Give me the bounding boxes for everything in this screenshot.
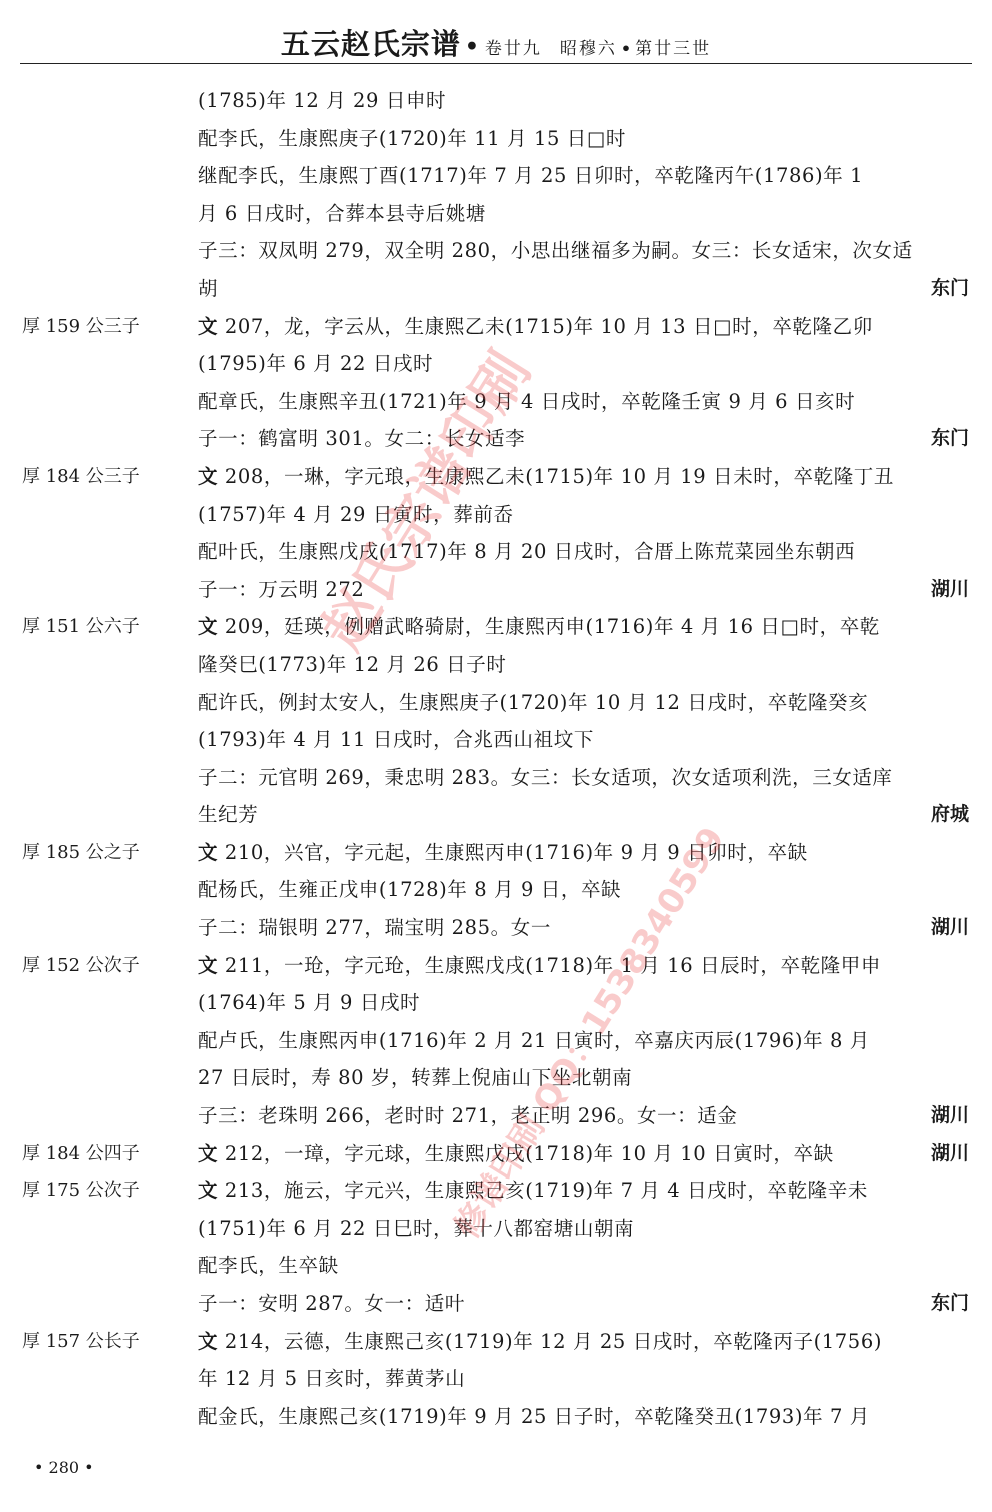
entry-body: 子二：元官明 269，秉忠明 283。女三：长女适项，次女适项利洗，三女适庠: [198, 766, 893, 789]
entry-line: 27 日辰时，寿 80 岁，转葬上倪庙山下坐北朝南: [0, 1059, 992, 1097]
header-separator-2: •: [621, 39, 631, 58]
genealogy-entries: (1785)年 12 月 29 日申时配李氏，生康熙庚子(1720)年 11 月…: [0, 82, 992, 1435]
entry-text: (1751)年 6 月 22 日巳时，葬十八都窑塘山朝南: [198, 1210, 634, 1248]
entry-text: 27 日辰时，寿 80 岁，转葬上倪庙山下坐北朝南: [198, 1059, 632, 1097]
entry-body: 配卢氏，生康熙丙申(1716)年 2 月 21 日寅时，卒嘉庆丙辰(1796)年…: [198, 1029, 870, 1052]
father-reference: 厚 159 公三子: [22, 308, 140, 346]
entry-line: 配许氏，例封太安人，生康熙庚子(1720)年 10 月 12 日戌时，卒乾隆癸亥: [0, 684, 992, 722]
entry-body: (1795)年 6 月 22 日戌时: [198, 352, 433, 375]
entry-first-line: 厚 152 公次子文 211，一玱，字元玱，生康熙戊戌(1718)年 1 月 1…: [0, 947, 992, 985]
entry-body: 年 12 月 5 日亥时，葬黄茅山: [198, 1367, 465, 1390]
entry-line: 年 12 月 5 日亥时，葬黄茅山: [0, 1360, 992, 1398]
father-reference: 厚 152 公次子: [22, 947, 140, 985]
entry-text: 子一：安明 287。女一：适叶: [198, 1285, 465, 1323]
father-reference: 厚 175 公次子: [22, 1172, 140, 1210]
entry-text: (1785)年 12 月 29 日申时: [198, 82, 446, 120]
entry-text: 文 213，施云，字元兴，生康熙己亥(1719)年 7 月 4 日戌时，卒乾隆辛…: [198, 1172, 868, 1210]
entry-first-line: 厚 157 公长子文 214，云德，生康熙己亥(1719)年 12 月 25 日…: [0, 1323, 992, 1361]
entry-line: (1764)年 5 月 9 日戌时: [0, 984, 992, 1022]
residence-place: 湖川: [931, 1097, 969, 1135]
residence-place: 东门: [931, 270, 969, 308]
section-label: 昭穆六: [560, 39, 617, 59]
entry-text: 配金氏，生康熙己亥(1719)年 9 月 25 日子时，卒乾隆癸丑(1793)年…: [198, 1398, 870, 1436]
entry-text: (1764)年 5 月 9 日戌时: [198, 984, 420, 1022]
entry-body: 子三：老珠明 266，老时时 271，老正明 296。女一：适金: [198, 1104, 737, 1127]
entry-body: 27 日辰时，寿 80 岁，转葬上倪庙山下坐北朝南: [198, 1066, 632, 1089]
entry-body: (1793)年 4 月 11 日戌时，合兆西山祖坟下: [198, 728, 594, 751]
father-reference: 厚 185 公之子: [22, 834, 140, 872]
entry-line: 配李氏，生卒缺: [0, 1247, 992, 1285]
header-rule: [20, 63, 972, 64]
residence-place: 东门: [931, 1285, 969, 1323]
entry-text: (1793)年 4 月 11 日戌时，合兆西山祖坟下: [198, 721, 594, 759]
entry-text: (1795)年 6 月 22 日戌时: [198, 345, 433, 383]
entry-body: 子一：安明 287。女一：适叶: [198, 1292, 465, 1315]
generation-label: 第廿三世: [635, 39, 711, 59]
entry-body: 209，廷瑛，例赠武略骑尉，生康熙丙申(1716)年 4 月 16 日□时，卒乾: [218, 615, 880, 638]
entry-text: 配叶氏，生康熙戊戌(1717)年 8 月 20 日戌时，合厝上陈荒菜园坐东朝西: [198, 533, 855, 571]
entry-body: (1751)年 6 月 22 日巳时，葬十八都窑塘山朝南: [198, 1217, 634, 1240]
entry-text: 文 210，兴官，字元起，生康熙丙申(1716)年 9 月 9 日卯时，卒缺: [198, 834, 808, 872]
entry-body: 211，一玱，字元玱，生康熙戊戌(1718)年 1 月 16 日辰时，卒乾隆甲申: [218, 954, 881, 977]
entry-text: 胡: [198, 270, 218, 308]
father-reference: 厚 184 公三子: [22, 458, 140, 496]
generation-character: 文: [198, 315, 218, 338]
entry-body: 213，施云，字元兴，生康熙己亥(1719)年 7 月 4 日戌时，卒乾隆辛未: [218, 1179, 868, 1202]
generation-character: 文: [198, 841, 218, 864]
residence-place: 府城: [931, 796, 969, 834]
entry-text: 文 207，龙，字云从，生康熙乙未(1715)年 10 月 13 日□时，卒乾隆…: [198, 308, 873, 346]
entry-text: 文 209，廷瑛，例赠武略骑尉，生康熙丙申(1716)年 4 月 16 日□时，…: [198, 608, 880, 646]
entry-text: 子二：元官明 269，秉忠明 283。女三：长女适项，次女适项利洗，三女适庠: [198, 759, 893, 797]
entry-text: 配杨氏，生雍正戊申(1728)年 8 月 9 日，卒缺: [198, 871, 621, 909]
entry-text: 生纪芳: [198, 796, 258, 834]
entry-body: 207，龙，字云从，生康熙乙未(1715)年 10 月 13 日□时，卒乾隆乙卯: [218, 315, 873, 338]
residence-place: 湖川: [931, 571, 969, 609]
generation-character: 文: [198, 954, 218, 977]
father-reference: 厚 184 公四子: [22, 1135, 140, 1173]
entry-text: 配章氏，生康熙辛丑(1721)年 9 月 4 日戌时，卒乾隆壬寅 9 月 6 日…: [198, 383, 855, 421]
entry-line: 配卢氏，生康熙丙申(1716)年 2 月 21 日寅时，卒嘉庆丙辰(1796)年…: [0, 1022, 992, 1060]
entry-line: 子一：万云明 272湖川: [0, 571, 992, 609]
entry-line: 子二：元官明 269，秉忠明 283。女三：长女适项，次女适项利洗，三女适庠: [0, 759, 992, 797]
entry-body: 继配李氏，生康熙丁酉(1717)年 7 月 25 日卯时，卒乾隆丙午(1786)…: [198, 164, 863, 187]
entry-body: 月 6 日戌时，合葬本县寺后姚塘: [198, 202, 486, 225]
generation-character: 文: [198, 615, 218, 638]
entry-line: 配李氏，生康熙庚子(1720)年 11 月 15 日□时: [0, 120, 992, 158]
entry-text: 年 12 月 5 日亥时，葬黄茅山: [198, 1360, 465, 1398]
residence-place: 湖川: [931, 1135, 969, 1173]
father-reference: 厚 151 公六子: [22, 608, 140, 646]
entry-line: 配章氏，生康熙辛丑(1721)年 9 月 4 日戌时，卒乾隆壬寅 9 月 6 日…: [0, 383, 992, 421]
entry-text: (1757)年 4 月 29 日寅时，葬前岙: [198, 496, 514, 534]
entry-body: 子一：万云明 272: [198, 578, 364, 601]
volume-label: 卷廿九: [485, 39, 542, 59]
entry-body: 配杨氏，生雍正戊申(1728)年 8 月 9 日，卒缺: [198, 878, 621, 901]
entry-text: 子三：双凤明 279，双全明 280，小思出继福多为嗣。女三：长女适宋，次女适: [198, 232, 913, 270]
entry-first-line: 厚 185 公之子文 210，兴官，字元起，生康熙丙申(1716)年 9 月 9…: [0, 834, 992, 872]
entry-first-line: 厚 159 公三子文 207，龙，字云从，生康熙乙未(1715)年 10 月 1…: [0, 308, 992, 346]
page-header: 五云赵氏宗谱•卷廿九昭穆六•第廿三世: [0, 22, 992, 62]
entry-line: 子一：安明 287。女一：适叶东门: [0, 1285, 992, 1323]
entry-body: 配金氏，生康熙己亥(1719)年 9 月 25 日子时，卒乾隆癸丑(1793)年…: [198, 1405, 870, 1428]
residence-place: 湖川: [931, 909, 969, 947]
entry-body: 配章氏，生康熙辛丑(1721)年 9 月 4 日戌时，卒乾隆壬寅 9 月 6 日…: [198, 390, 855, 413]
entry-first-line: 厚 151 公六子文 209，廷瑛，例赠武略骑尉，生康熙丙申(1716)年 4 …: [0, 608, 992, 646]
entry-text: 配卢氏，生康熙丙申(1716)年 2 月 21 日寅时，卒嘉庆丙辰(1796)年…: [198, 1022, 870, 1060]
entry-line: 月 6 日戌时，合葬本县寺后姚塘: [0, 195, 992, 233]
entry-line: 生纪芳府城: [0, 796, 992, 834]
entry-line: (1793)年 4 月 11 日戌时，合兆西山祖坟下: [0, 721, 992, 759]
entry-text: 配李氏，生卒缺: [198, 1247, 339, 1285]
entry-line: 继配李氏，生康熙丁酉(1717)年 7 月 25 日卯时，卒乾隆丙午(1786)…: [0, 157, 992, 195]
generation-character: 文: [198, 465, 218, 488]
entry-body: 配李氏，生康熙庚子(1720)年 11 月 15 日□时: [198, 127, 626, 150]
entry-text: 子二：瑞银明 277，瑞宝明 285。女一: [198, 909, 551, 947]
entry-line: 子三：老珠明 266，老时时 271，老正明 296。女一：适金湖川: [0, 1097, 992, 1135]
entry-line: (1751)年 6 月 22 日巳时，葬十八都窑塘山朝南: [0, 1210, 992, 1248]
entry-line: 配杨氏，生雍正戊申(1728)年 8 月 9 日，卒缺: [0, 871, 992, 909]
entry-body: 208，一琳，字元琅，生康熙乙未(1715)年 10 月 19 日未时，卒乾隆丁…: [218, 465, 894, 488]
generation-character: 文: [198, 1142, 218, 1165]
entry-line: (1785)年 12 月 29 日申时: [0, 82, 992, 120]
father-reference: 厚 157 公长子: [22, 1323, 140, 1361]
generation-character: 文: [198, 1179, 218, 1202]
entry-body: 隆癸巳(1773)年 12 月 26 日子时: [198, 653, 506, 676]
entry-first-line: 厚 184 公三子文 208，一琳，字元琅，生康熙乙未(1715)年 10 月 …: [0, 458, 992, 496]
entry-line: 子一：鹤富明 301。女二：长女适李东门: [0, 420, 992, 458]
entry-text: 配李氏，生康熙庚子(1720)年 11 月 15 日□时: [198, 120, 626, 158]
entry-body: (1757)年 4 月 29 日寅时，葬前岙: [198, 503, 514, 526]
entry-body: (1785)年 12 月 29 日申时: [198, 89, 446, 112]
entry-body: 子二：瑞银明 277，瑞宝明 285。女一: [198, 916, 551, 939]
entry-body: 214，云德，生康熙己亥(1719)年 12 月 25 日戌时，卒乾隆丙子(17…: [218, 1330, 882, 1353]
entry-body: 配许氏，例封太安人，生康熙庚子(1720)年 10 月 12 日戌时，卒乾隆癸亥: [198, 691, 868, 714]
residence-place: 东门: [931, 420, 969, 458]
entry-body: 212，一璋，字元球，生康熙戊戌(1718)年 10 月 10 日寅时，卒缺: [218, 1142, 834, 1165]
entry-body: 胡: [198, 277, 218, 300]
entry-text: 子一：万云明 272: [198, 571, 364, 609]
generation-character: 文: [198, 1330, 218, 1353]
entry-line: 子三：双凤明 279，双全明 280，小思出继福多为嗣。女三：长女适宋，次女适: [0, 232, 992, 270]
entry-line: 隆癸巳(1773)年 12 月 26 日子时: [0, 646, 992, 684]
entry-body: (1764)年 5 月 9 日戌时: [198, 991, 420, 1014]
entry-line: (1795)年 6 月 22 日戌时: [0, 345, 992, 383]
entry-line: 配叶氏，生康熙戊戌(1717)年 8 月 20 日戌时，合厝上陈荒菜园坐东朝西: [0, 533, 992, 571]
entry-text: 隆癸巳(1773)年 12 月 26 日子时: [198, 646, 506, 684]
entry-text: 子一：鹤富明 301。女二：长女适李: [198, 420, 525, 458]
entry-text: 文 211，一玱，字元玱，生康熙戊戌(1718)年 1 月 16 日辰时，卒乾隆…: [198, 947, 881, 985]
entry-body: 配李氏，生卒缺: [198, 1254, 339, 1277]
entry-text: 子三：老珠明 266，老时时 271，老正明 296。女一：适金: [198, 1097, 737, 1135]
entry-text: 文 212，一璋，字元球，生康熙戊戌(1718)年 10 月 10 日寅时，卒缺: [198, 1135, 834, 1173]
entry-text: 继配李氏，生康熙丁酉(1717)年 7 月 25 日卯时，卒乾隆丙午(1786)…: [198, 157, 863, 195]
entry-body: 配叶氏，生康熙戊戌(1717)年 8 月 20 日戌时，合厝上陈荒菜园坐东朝西: [198, 540, 855, 563]
entry-first-line: 厚 184 公四子文 212，一璋，字元球，生康熙戊戌(1718)年 10 月 …: [0, 1135, 992, 1173]
header-separator: •: [465, 34, 479, 60]
entry-body: 生纪芳: [198, 803, 258, 826]
page-number: • 280 •: [34, 1458, 94, 1477]
entry-body: 子三：双凤明 279，双全明 280，小思出继福多为嗣。女三：长女适宋，次女适: [198, 239, 913, 262]
entry-text: 文 208，一琳，字元琅，生康熙乙未(1715)年 10 月 19 日未时，卒乾…: [198, 458, 894, 496]
entry-line: 胡东门: [0, 270, 992, 308]
entry-text: 配许氏，例封太安人，生康熙庚子(1720)年 10 月 12 日戌时，卒乾隆癸亥: [198, 684, 868, 722]
entry-first-line: 厚 175 公次子文 213，施云，字元兴，生康熙己亥(1719)年 7 月 4…: [0, 1172, 992, 1210]
entry-line: 配金氏，生康熙己亥(1719)年 9 月 25 日子时，卒乾隆癸丑(1793)年…: [0, 1398, 992, 1436]
entry-text: 文 214，云德，生康熙己亥(1719)年 12 月 25 日戌时，卒乾隆丙子(…: [198, 1323, 882, 1361]
entry-body: 子一：鹤富明 301。女二：长女适李: [198, 427, 525, 450]
entry-line: 子二：瑞银明 277，瑞宝明 285。女一湖川: [0, 909, 992, 947]
entry-line: (1757)年 4 月 29 日寅时，葬前岙: [0, 496, 992, 534]
book-title: 五云赵氏宗谱: [281, 27, 461, 61]
entry-text: 月 6 日戌时，合葬本县寺后姚塘: [198, 195, 486, 233]
entry-body: 210，兴官，字元起，生康熙丙申(1716)年 9 月 9 日卯时，卒缺: [218, 841, 808, 864]
